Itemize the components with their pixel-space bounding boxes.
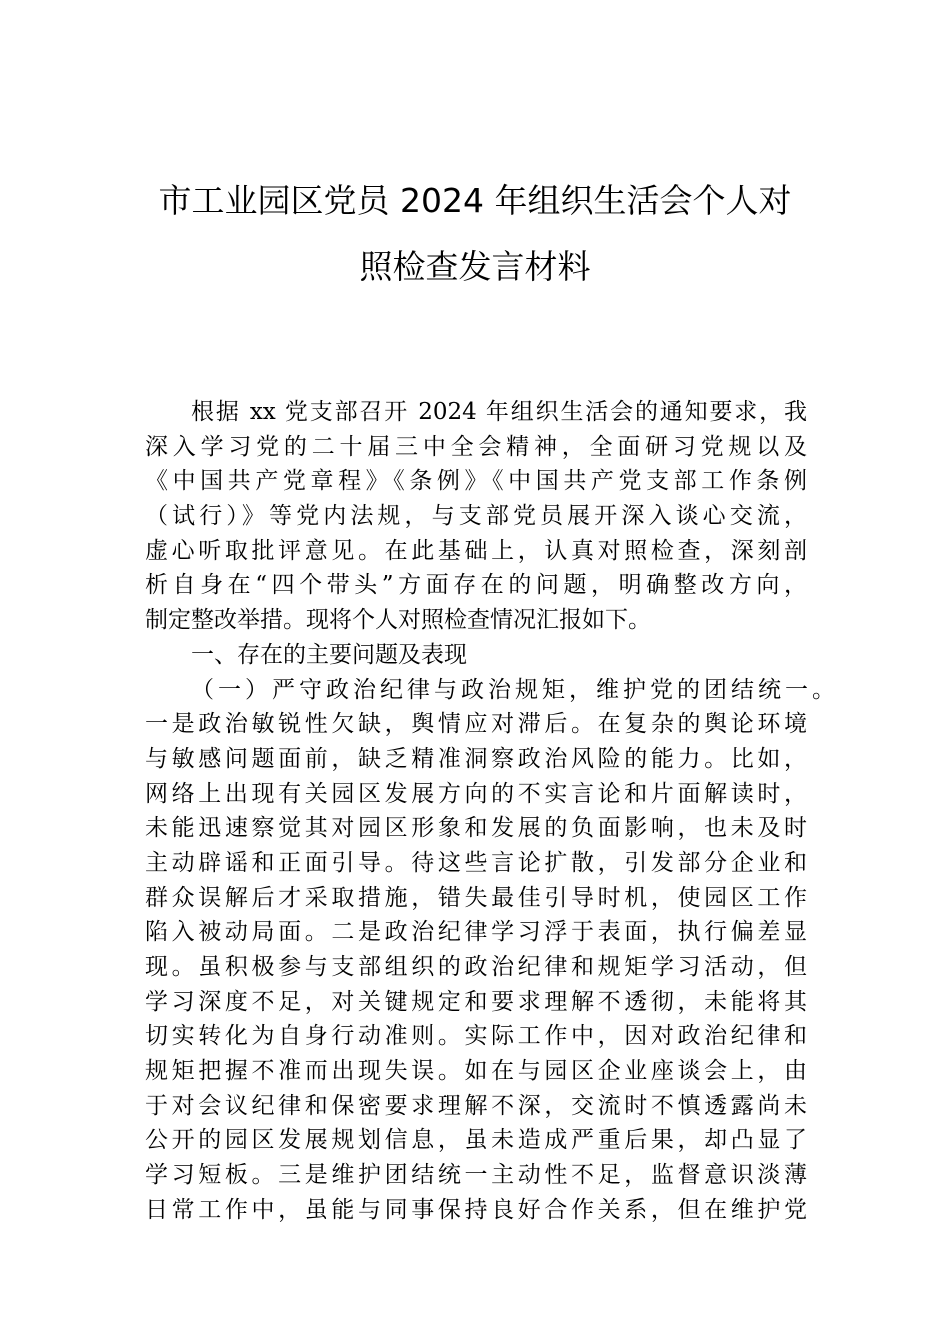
body-line: 未能迅速察觉其对园区形象和发展的负面影响，也未及时 [145,811,807,846]
body-line: 于对会议纪律和保密要求理解不深，交流时不慎透露尚未 [145,1089,807,1124]
intro-line: 《中国共产党章程》《条例》《中国共产党支部工作条例 [145,464,807,499]
intro-line: 制定整改举措。现将个人对照检查情况汇报如下。 [145,603,807,638]
document-body: 根据 xx 党支部召开 2024 年组织生活会的通知要求，我 深入学习党的二十届… [145,395,807,1228]
body-line: 陷入被动局面。二是政治纪律学习浮于表面，执行偏差显 [145,915,807,950]
body-line: 群众误解后才采取措施，错失最佳引导时机，使园区工作 [145,881,807,916]
title-line-1: 市工业园区党员 2024 年组织生活会个人对 [120,168,830,234]
intro-line: 根据 xx 党支部召开 2024 年组织生活会的通知要求，我 [145,395,807,430]
subsection-heading: （一）严守政治纪律与政治规矩，维护党的团结统一。 [145,673,835,708]
intro-line: 深入学习党的二十届三中全会精神，全面研习党规以及 [145,430,807,465]
intro-line: 析自身在“四个带头”方面存在的问题，明确整改方向， [145,568,807,603]
title-line-2: 照检查发言材料 [120,234,830,300]
body-line: 学习短板。三是维护团结统一主动性不足，监督意识淡薄 [145,1158,807,1193]
section-heading: 一、存在的主要问题及表现 [145,638,807,673]
body-line: 现。虽积极参与支部组织的政治纪律和规矩学习活动，但 [145,950,807,985]
body-line: 主动辟谣和正面引导。待这些言论扩散，引发部分企业和 [145,846,807,881]
body-line: 日常工作中，虽能与同事保持良好合作关系，但在维护党 [145,1193,807,1228]
document-page: 市工业园区党员 2024 年组织生活会个人对 照检查发言材料 根据 xx 党支部… [0,0,950,1344]
body-line: 一是政治敏锐性欠缺，舆情应对滞后。在复杂的舆论环境 [145,707,807,742]
document-title: 市工业园区党员 2024 年组织生活会个人对 照检查发言材料 [120,168,830,300]
body-line: 规矩把握不准而出现失误。如在与园区企业座谈会上，由 [145,1054,807,1089]
body-line: 切实转化为自身行动准则。实际工作中，因对政治纪律和 [145,1019,807,1054]
body-line: 公开的园区发展规划信息，虽未造成严重后果，却凸显了 [145,1123,807,1158]
body-line: 与敏感问题面前，缺乏精准洞察政治风险的能力。比如， [145,742,807,777]
body-line: 网络上出现有关园区发展方向的不实言论和片面解读时， [145,777,807,812]
intro-line: 虚心听取批评意见。在此基础上，认真对照检查，深刻剖 [145,534,807,569]
intro-line: （试行）》等党内法规，与支部党员展开深入谈心交流， [145,499,807,534]
body-line: 学习深度不足，对关键规定和要求理解不透彻，未能将其 [145,985,807,1020]
